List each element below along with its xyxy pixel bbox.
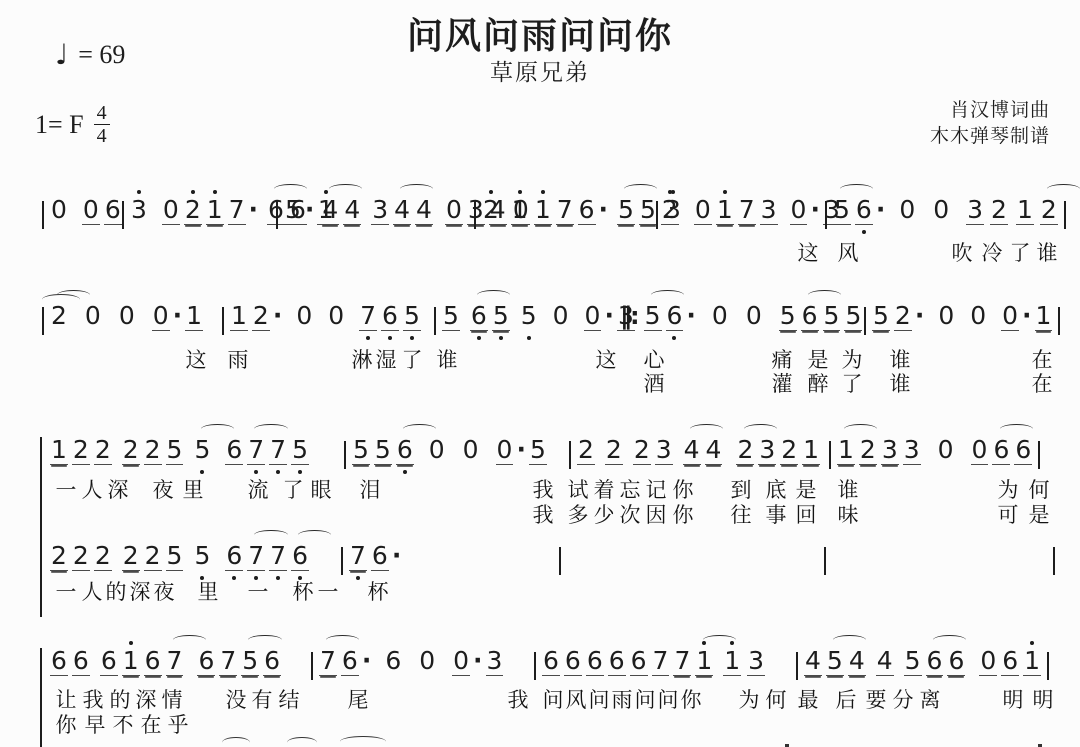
augmentation-dot: · <box>305 197 315 222</box>
note-digit: 4 <box>848 648 866 676</box>
barline <box>824 547 826 575</box>
note-digit: 0 <box>452 648 470 676</box>
augmentation-dot: · <box>810 197 820 222</box>
note-digit: 0 <box>711 303 729 330</box>
barline <box>1058 307 1060 335</box>
augmentation-dot: · <box>604 303 614 328</box>
note-digit: 6 <box>197 648 215 676</box>
note-digit: 2 <box>144 437 162 465</box>
note-digit: 6 <box>630 648 648 676</box>
lyric-syllable: 泪 <box>360 474 381 504</box>
measure: 301730·3 <box>652 197 843 225</box>
note-digit: 2 <box>122 543 140 571</box>
note-digit: 5 <box>193 543 211 570</box>
measure: 52·000·1 <box>860 303 1064 331</box>
lyric-syllable: 杯 <box>293 576 314 606</box>
barline <box>559 547 561 575</box>
note-digit: 3 <box>664 197 682 224</box>
barline <box>1053 547 1055 575</box>
note-digit: 0 <box>512 197 530 225</box>
lyric-syllable: 早 <box>85 709 106 739</box>
note-digit: 7 <box>228 197 246 225</box>
measure <box>820 543 830 571</box>
lyric-syllable: 一 <box>56 576 77 606</box>
slur-arc <box>744 424 777 434</box>
measure: 22222556776 <box>40 543 311 571</box>
lyric-syllable: 味 <box>838 499 859 529</box>
measure: ‖:56·005655 <box>618 303 864 331</box>
measure: 6666677113 <box>530 648 767 676</box>
note-digit: 4 <box>415 197 433 225</box>
note-digit: 0 <box>694 197 712 225</box>
barline <box>344 441 346 469</box>
partial-slur-arc <box>340 736 386 747</box>
note-digit: 5 <box>904 648 922 676</box>
note-digit: 3 <box>903 437 921 465</box>
note-digit: 6 <box>50 648 68 676</box>
note-digit: 6 <box>100 648 118 676</box>
lyric-syllable: 谁 <box>1037 237 1058 267</box>
lyric-syllable: 流 <box>248 474 269 504</box>
augmentation-dot: · <box>362 648 372 673</box>
note-digit: 0 <box>418 648 436 675</box>
lyric-syllable: 尾 <box>348 684 369 714</box>
note-digit: 0 <box>937 437 955 464</box>
note-digit: 2 <box>252 303 270 331</box>
note-digit: 6 <box>144 648 162 676</box>
barline <box>825 201 827 229</box>
note-digit: 0 <box>969 303 987 330</box>
lyric-syllable: 因 <box>646 499 667 529</box>
measure: 2000·1 <box>38 303 205 331</box>
augmentation-dot: · <box>273 303 283 328</box>
note-digit: 0 <box>1001 303 1019 331</box>
lyric-syllable: 在 <box>1032 368 1053 398</box>
measure: 76· <box>337 543 402 571</box>
lyric-syllable: 风 <box>566 684 587 714</box>
augmentation-dot: · <box>173 303 183 328</box>
lyric-syllable: 这 <box>596 344 617 374</box>
note-digit: 0 <box>584 303 602 331</box>
lyric-syllable: 这 <box>798 237 819 267</box>
note-digit: 7 <box>269 543 287 571</box>
note-digit: 1 <box>716 197 734 225</box>
note-digit: 6 <box>381 303 399 331</box>
sheet-music-page: 问风问雨问问你 草原兄弟 ♩ = 69 1= F 4 4 肖汉博词曲 木木弹琴制… <box>0 0 1080 747</box>
measure: 556000·5 <box>340 437 549 465</box>
note-digit: 6 <box>225 543 243 571</box>
note-digit: 4 <box>321 197 339 225</box>
note-digit: 4 <box>705 437 723 465</box>
note-digit: 5 <box>779 303 797 331</box>
slur-arc <box>844 424 877 434</box>
augmentation-dot: · <box>392 543 402 568</box>
barline <box>311 652 313 680</box>
note-digit: 4 <box>343 197 361 225</box>
slur-arc <box>833 635 866 645</box>
note-digit: 5 <box>193 437 211 464</box>
note-digit: 0 <box>496 437 514 465</box>
lyric-syllable: 没 <box>226 684 247 714</box>
barline <box>434 307 436 335</box>
slur-arc <box>254 530 287 540</box>
lyric-syllable: 是 <box>1029 499 1050 529</box>
note-digit: 4 <box>804 648 822 676</box>
lyric-syllable: 谁 <box>890 368 911 398</box>
lyric-syllable: 何 <box>766 684 787 714</box>
lyric-syllable: 冷 <box>982 237 1003 267</box>
note-digit: 2 <box>94 437 112 465</box>
augmentation-dot: · <box>1022 303 1032 328</box>
lyric-syllable: 雨 <box>612 684 633 714</box>
note-digit: 6 <box>666 303 684 331</box>
note-digit: 2 <box>633 437 651 465</box>
tie-arc <box>42 294 80 305</box>
note-digit: 6 <box>263 648 281 676</box>
system-bracket-line <box>40 437 42 617</box>
credits: 肖汉博词曲 木木弹琴制谱 <box>930 97 1050 149</box>
note-digit: 6 <box>801 303 819 331</box>
slur-arc <box>173 635 206 645</box>
credit-transcriber: 木木弹琴制谱 <box>930 123 1050 149</box>
note-digit: 6 <box>225 437 243 465</box>
note-digit: 5 <box>166 437 184 465</box>
lyric-syllable: 回 <box>796 499 817 529</box>
note-digit: 5 <box>241 648 259 676</box>
note-digit: 2 <box>184 197 202 225</box>
lyric-syllable: 你 <box>56 709 77 739</box>
barline <box>276 201 278 229</box>
slur-arc <box>400 184 433 194</box>
key-signature: 1= F 4 4 <box>35 102 110 147</box>
lyric-syllable: 多 <box>568 499 589 529</box>
lyric-syllable: 我 <box>533 499 554 529</box>
lyric-syllable: 次 <box>620 499 641 529</box>
note-digit: 2 <box>50 303 68 330</box>
lyric-syllable: 淋 <box>352 344 373 374</box>
note-digit: 7 <box>319 648 337 676</box>
note-digit: 5 <box>492 303 510 331</box>
lyric-syllable: 问 <box>543 684 564 714</box>
time-signature-bottom: 4 <box>94 125 110 147</box>
note-digit: 5 <box>826 648 844 676</box>
note-digit: 6 <box>564 648 582 676</box>
note-digit: 7 <box>673 648 691 676</box>
note-digit: 7 <box>652 648 670 676</box>
augmentation-dot: · <box>915 303 925 328</box>
barline <box>341 547 343 575</box>
note-digit: 5 <box>284 197 302 225</box>
note-digit: 2 <box>780 437 798 465</box>
note-digit: 1 <box>802 437 820 465</box>
barline <box>474 201 476 229</box>
lyric-syllable: 的 <box>106 576 127 606</box>
lyric-syllable: 风 <box>838 237 859 267</box>
lyric-syllable: 醉 <box>808 368 829 398</box>
note-digit: 0 <box>327 303 345 330</box>
lyric-syllable: 谁 <box>437 344 458 374</box>
note-digit: 6 <box>608 648 626 676</box>
measure: 2223442321 <box>565 437 822 465</box>
measure: 006 <box>38 197 124 225</box>
song-title: 问风问雨问问你 <box>0 8 1080 59</box>
system-bracket-line <box>40 648 42 747</box>
lyric-syllable: 为 <box>739 684 760 714</box>
measure: 56·003212 <box>821 197 1070 225</box>
note-digit: 0 <box>971 437 989 465</box>
lyric-syllable: 了 <box>402 344 423 374</box>
lyric-syllable: 杯 <box>368 576 389 606</box>
note-digit: 1 <box>695 648 713 676</box>
note-digit: 2 <box>859 437 877 465</box>
lyric-syllable: 人 <box>82 474 103 504</box>
lyric-syllable: 问 <box>658 684 679 714</box>
note-digit: 2 <box>894 303 912 331</box>
augmentation-dot: · <box>599 197 609 222</box>
measure <box>1049 543 1059 571</box>
note-digit: 6 <box>855 197 873 225</box>
lyric-syllable: 离 <box>920 684 941 714</box>
slur-arc <box>651 290 684 300</box>
note-digit: 2 <box>144 543 162 571</box>
lyric-syllable: 你 <box>673 499 694 529</box>
note-digit: 5 <box>529 437 547 465</box>
note-digit: 3 <box>486 648 504 676</box>
lyric-syllable: 吹 <box>952 237 973 267</box>
note-digit: 0 <box>295 303 313 330</box>
note-digit: 2 <box>577 437 595 465</box>
note-digit: 1 <box>723 648 741 676</box>
note-digit: 0 <box>898 197 916 224</box>
lyric-syllable: 雨 <box>228 344 249 374</box>
note-digit: 7 <box>349 543 367 571</box>
note-digit: 0 <box>152 303 170 331</box>
lyric-syllable: 酒 <box>644 368 665 398</box>
note-digit: 7 <box>359 303 377 331</box>
note-digit: 3 <box>758 437 776 465</box>
note-digit: 6 <box>542 648 560 676</box>
lyric-syllable: 深 <box>130 576 151 606</box>
barline <box>1038 441 1040 469</box>
note-digit: 7 <box>269 437 287 465</box>
note-digit: 3 <box>747 648 765 676</box>
note-digit: 3 <box>966 197 984 225</box>
lyric-syllable: 了 <box>283 474 304 504</box>
note-digit: 3 <box>881 437 899 465</box>
lyric-syllable: 后 <box>836 684 857 714</box>
barline <box>829 441 831 469</box>
artist-name: 草原兄弟 <box>0 54 1080 87</box>
note-digit: 6 <box>384 648 402 675</box>
tempo-value: = 69 <box>78 40 125 70</box>
lyric-syllable: 灌 <box>772 368 793 398</box>
note-digit: 7 <box>219 648 237 676</box>
note-digit: 7 <box>247 543 265 571</box>
augmentation-dot: · <box>473 648 483 673</box>
lyric-syllable: 这 <box>186 344 207 374</box>
lyric-syllable: 一 <box>318 576 339 606</box>
note-digit: 2 <box>482 197 500 224</box>
barline <box>534 652 536 680</box>
barline <box>569 441 571 469</box>
measure: 12222556775 <box>40 437 311 465</box>
note-digit: 6 <box>371 543 389 571</box>
barline <box>1064 201 1066 229</box>
barline <box>656 201 658 229</box>
lyric-syllable: 往 <box>731 499 752 529</box>
note-digit: 6 <box>1014 437 1032 465</box>
note-digit: 0 <box>82 197 100 225</box>
note-digit: 3 <box>655 437 673 465</box>
note-digit: 2 <box>1040 197 1058 225</box>
key-label: 1= F <box>35 110 84 140</box>
tempo-marking: ♩ = 69 <box>55 38 125 71</box>
note-digit: 6 <box>1001 648 1019 676</box>
note-digit: 5 <box>374 437 392 465</box>
note-digit: 5 <box>403 303 421 331</box>
slur-arc <box>624 184 657 194</box>
lyric-syllable: 夜 <box>154 576 175 606</box>
note-digit: 0 <box>462 437 480 464</box>
measure: 12330066 <box>825 437 1044 465</box>
note-digit: 0 <box>790 197 808 225</box>
note-digit: 0 <box>937 303 955 330</box>
lyric-syllable: 最 <box>798 684 819 714</box>
measure: 20176·552 <box>470 197 681 225</box>
slur-arc <box>403 424 436 434</box>
lyric-syllable: 了 <box>1010 237 1031 267</box>
lyric-syllable: 可 <box>998 499 1019 529</box>
note-digit: 2 <box>72 437 90 465</box>
note-digit: 1 <box>1023 648 1041 676</box>
lyric-syllable: 分 <box>893 684 914 714</box>
note-digit: 3 <box>130 197 148 224</box>
lyric-syllable: 眼 <box>311 474 332 504</box>
slur-arc <box>326 635 359 645</box>
slur-arc <box>274 184 307 194</box>
note-digit: 0 <box>118 303 136 330</box>
note-digit: 3 <box>371 197 389 225</box>
slur-arc <box>477 290 510 300</box>
note-digit: 6 <box>72 648 90 676</box>
lyric-syllable: 一 <box>248 576 269 606</box>
time-signature-top: 4 <box>94 102 110 125</box>
measure: 565500·3 <box>430 303 637 331</box>
slur-arc <box>329 184 362 194</box>
note-digit: 5 <box>291 437 309 465</box>
note-digit: 1 <box>122 648 140 676</box>
barline <box>122 201 124 229</box>
note-digit: 2 <box>72 543 90 571</box>
lyric-syllable: 要 <box>866 684 887 714</box>
lyric-syllable: 明 <box>1003 684 1024 714</box>
augmentation-dot: · <box>249 197 259 222</box>
lyric-syllable: 不 <box>113 709 134 739</box>
partial-slur-arc <box>222 737 250 747</box>
note-digit: 0 <box>162 197 180 225</box>
lyric-syllable: 明 <box>1033 684 1054 714</box>
note-digit: 7 <box>738 197 756 225</box>
repeat-sign: ‖: <box>620 304 638 328</box>
lyric-syllable: 在 <box>141 709 162 739</box>
lyric-syllable: 夜 <box>153 474 174 504</box>
slur-arc <box>840 184 873 194</box>
note-digit: 6 <box>926 648 944 676</box>
note-digit: 6 <box>291 543 309 571</box>
note-digit: 7 <box>247 437 265 465</box>
note-digit: 6 <box>470 303 488 331</box>
note-digit: 5 <box>352 437 370 465</box>
note-digit: 6 <box>341 648 359 676</box>
note-digit: 3 <box>760 197 778 225</box>
barline <box>222 307 224 335</box>
note-digit: 2 <box>990 197 1008 225</box>
note-digit: 6 <box>578 197 596 225</box>
slur-arc <box>933 635 966 645</box>
note-digit: 5 <box>166 543 184 571</box>
note-digit: 1 <box>185 303 203 331</box>
note-digit: 2 <box>122 437 140 465</box>
barline <box>1047 652 1049 680</box>
quarter-note-icon: ♩ <box>55 38 68 71</box>
note-digit: 1 <box>837 437 855 465</box>
lyric-syllable: 问 <box>589 684 610 714</box>
lyric-syllable: 问 <box>635 684 656 714</box>
lyric-syllable: 有 <box>252 684 273 714</box>
lyric-syllable: 里 <box>183 474 204 504</box>
note-digit: 5 <box>520 303 538 330</box>
note-digit: 1 <box>534 197 552 225</box>
measure: 6661676756 <box>40 648 283 676</box>
barline <box>42 201 44 229</box>
augmentation-dot: · <box>516 437 526 462</box>
lyric-syllable: 里 <box>198 576 219 606</box>
measure: 12·00765 <box>218 303 423 331</box>
time-signature: 4 4 <box>94 102 110 147</box>
augmentation-dot: · <box>876 197 886 222</box>
note-digit: 5 <box>823 303 841 331</box>
lyric-syllable: 深 <box>108 474 129 504</box>
lyric-syllable: 我 <box>508 684 529 714</box>
slur-arc <box>690 424 723 434</box>
lyric-syllable: 了 <box>842 368 863 398</box>
note-digit: 5 <box>644 303 662 331</box>
barline <box>42 307 44 335</box>
note-digit: 1 <box>1016 197 1034 225</box>
note-digit: 4 <box>683 437 701 465</box>
augmentation-dot: · <box>686 303 696 328</box>
slur-arc <box>1047 184 1080 194</box>
credit-composer: 肖汉博词曲 <box>930 97 1050 123</box>
lyric-syllable: 事 <box>766 499 787 529</box>
slur-arc <box>248 635 281 645</box>
note-digit: 2 <box>94 543 112 571</box>
lyric-syllable: 人 <box>82 576 103 606</box>
lyric-syllable: 结 <box>279 684 300 714</box>
note-digit: 2 <box>50 543 68 571</box>
note-digit: 6 <box>396 437 414 465</box>
note-digit: 6 <box>586 648 604 676</box>
measure: 4544566061 <box>792 648 1053 676</box>
note-digit: 0 <box>428 437 446 464</box>
note-digit: 7 <box>556 197 574 225</box>
note-digit: 1 <box>206 197 224 225</box>
note-digit: 6 <box>992 437 1010 465</box>
slur-arc <box>298 530 331 540</box>
note-digit: 5 <box>617 197 635 225</box>
note-digit: 5 <box>872 303 890 331</box>
note-digit: 5 <box>442 303 460 331</box>
